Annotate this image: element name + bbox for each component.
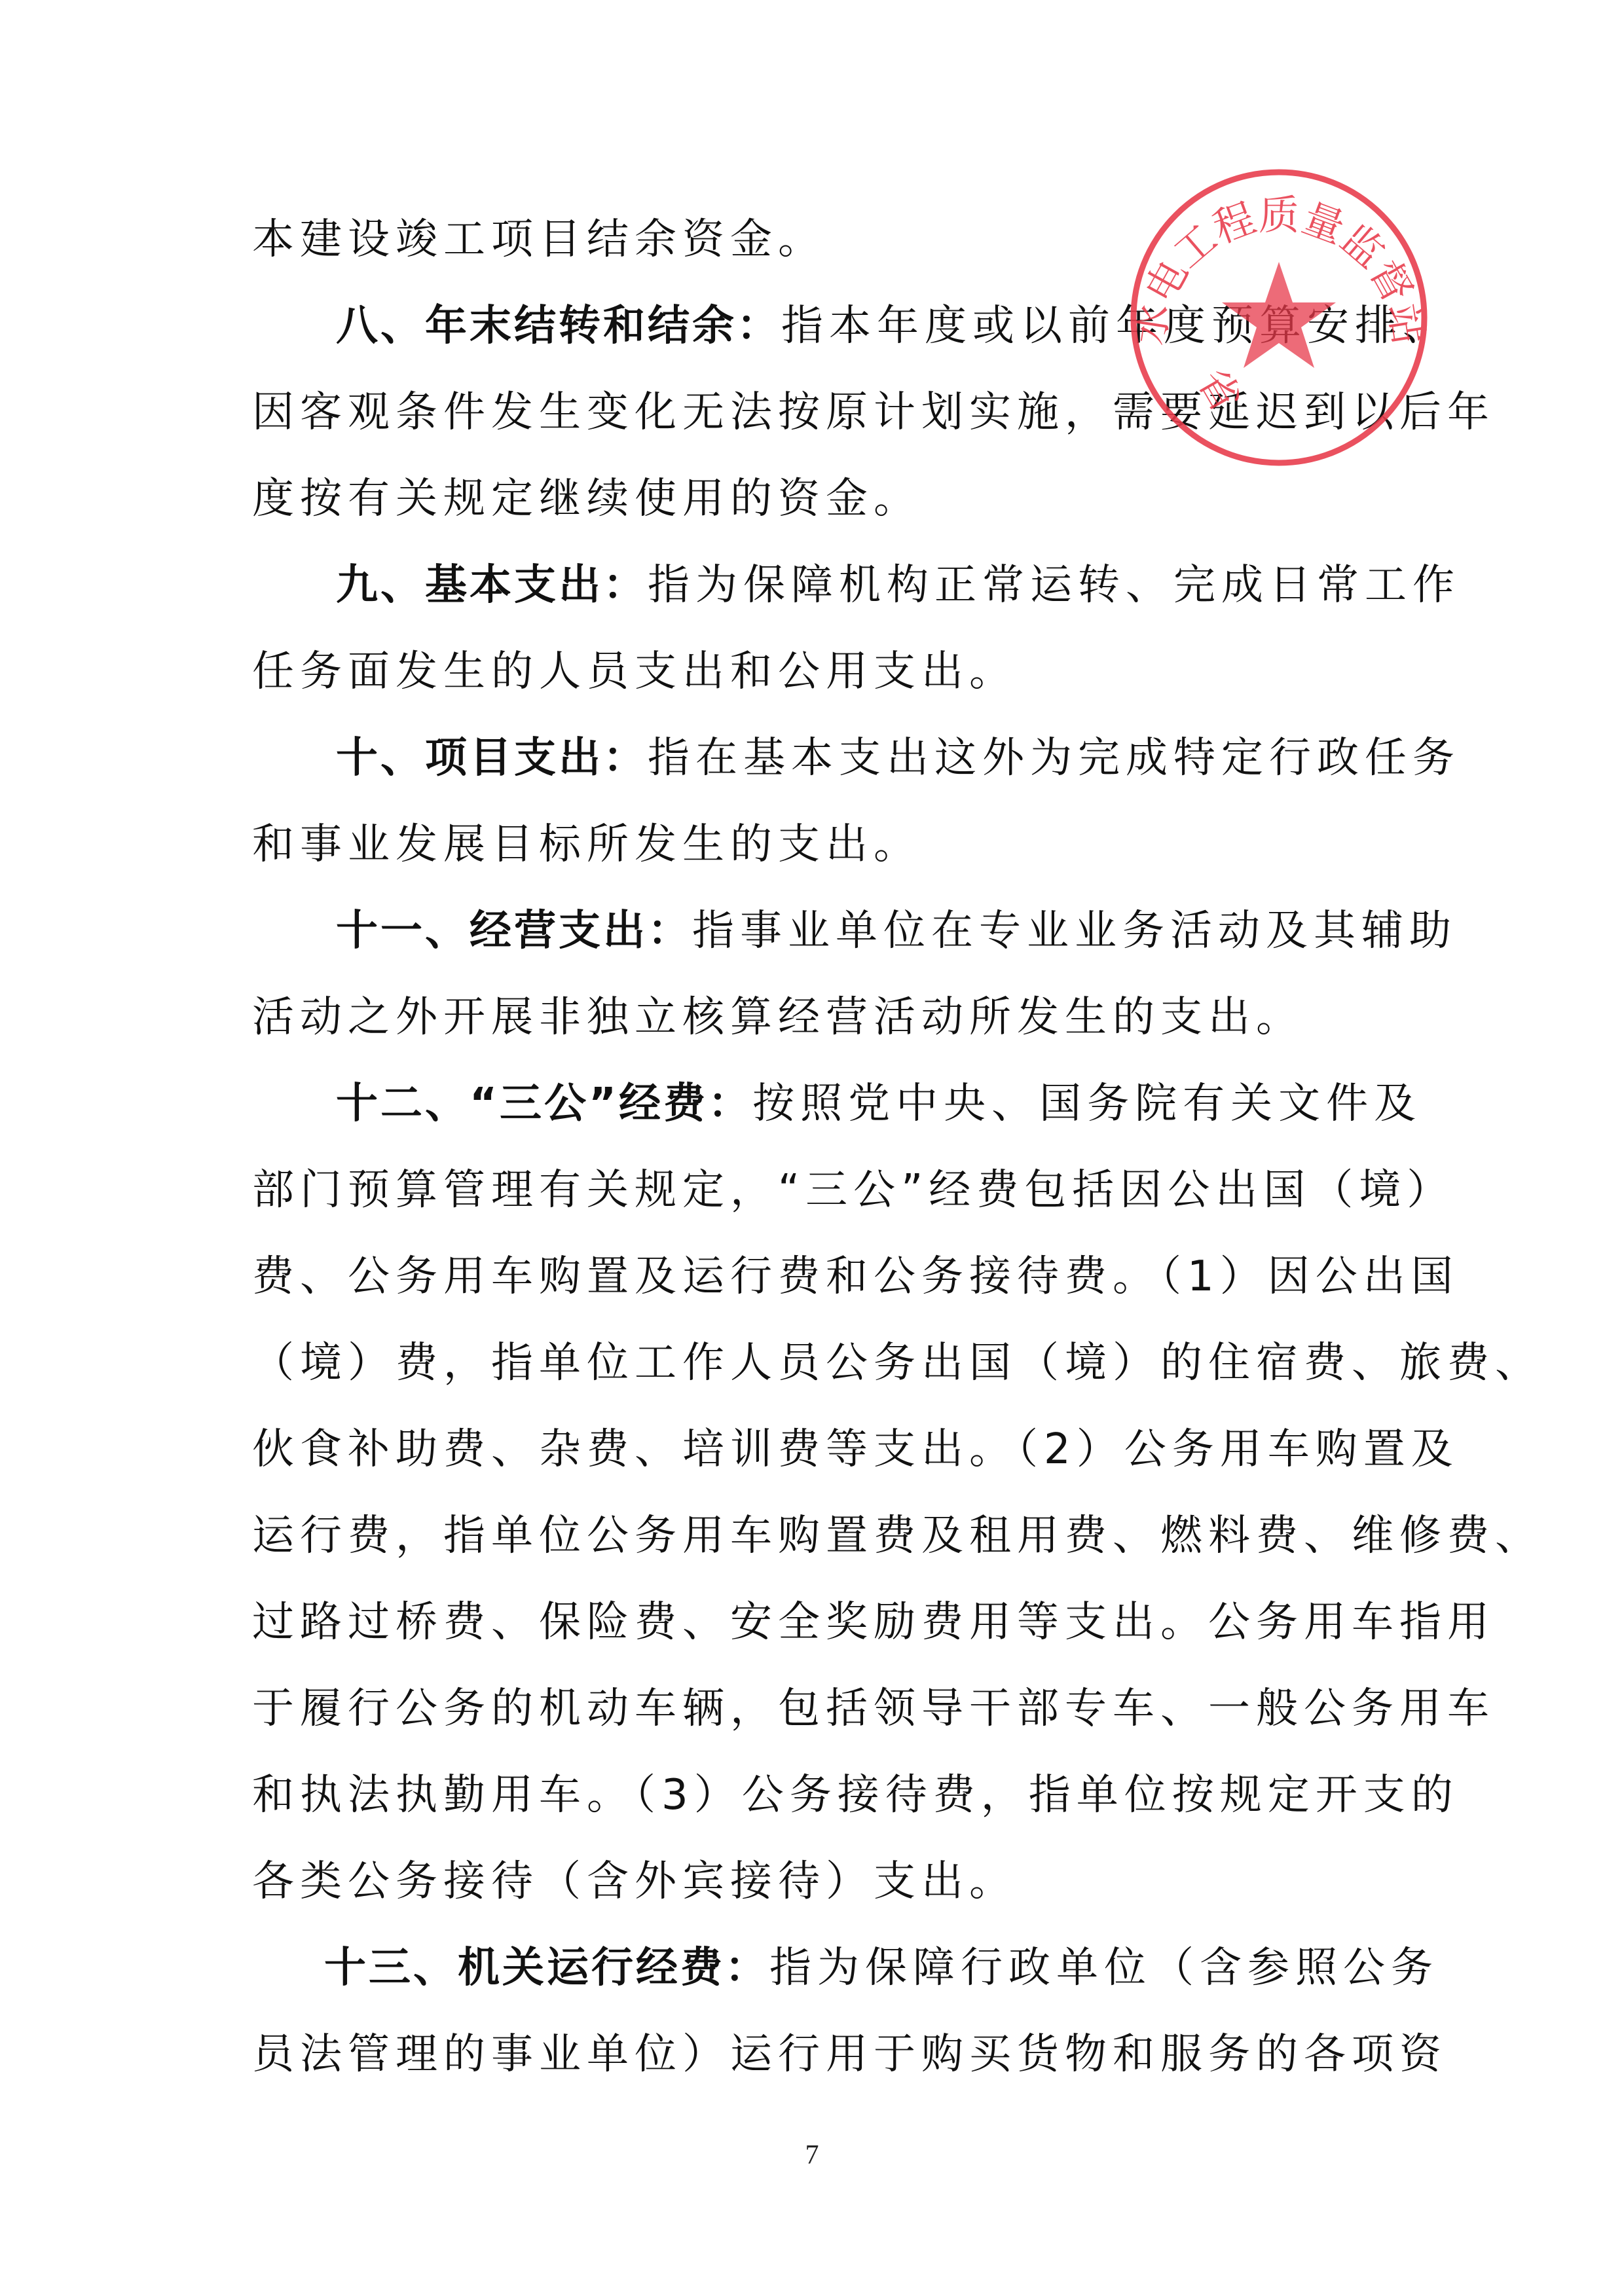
paragraph-line: 活动之外开展非独立核算经营活动所发生的支出。	[252, 974, 1378, 1061]
paragraph-line: 伙食补助费、杂费、培训费等支出。（2）公务用车购置及	[252, 1406, 1378, 1493]
body-text: 本建设竣工项目结余资金。 八、年末结转和结余：指本年度或以前年度预算安排、 因客…	[252, 196, 1378, 2098]
paragraph-line: 度按有关规定继续使用的资金。	[252, 456, 1378, 542]
text-line: 费、公务用车购置及运行费和公务接待费。（1）因公出国	[252, 1252, 1459, 1301]
paragraph-line: 部门预算管理有关规定，“三公”经费包括因公出国（境）	[252, 1147, 1378, 1233]
text-line: 部门预算管理有关规定，“三公”经费包括因公出国（境）	[252, 1166, 1454, 1214]
paragraph-9-heading-line: 九、基本支出：指为保障机构正常运转、完成日常工作	[252, 542, 1378, 629]
section-heading: 十三、机关运行经费：	[324, 1944, 769, 1992]
paragraph-line: 员法管理的事业单位）运行用于购买货物和服务的各项资	[252, 2011, 1378, 2098]
text-line: 指为保障行政单位（含参照公务	[769, 1944, 1439, 1992]
text-line: 指在基本支出这外为完成特定行政任务	[648, 734, 1460, 782]
paragraph-line: 因客观条件发生变化无法按原计划实施，需要延迟到以后年	[252, 369, 1378, 456]
paragraph-line: 于履行公务的机动车辆，包括领导干部专车、一般公务用车	[252, 1666, 1378, 1752]
text-line: 过路过桥费、保险费、安全奖励费用等支出。公务用车指用	[252, 1598, 1495, 1647]
text-line: 因客观条件发生变化无法按原计划实施，需要延迟到以后年	[252, 388, 1495, 437]
paragraph-line: 费、公务用车购置及运行费和公务接待费。（1）因公出国	[252, 1233, 1378, 1320]
text-line: （境）费，指单位工作人员公务出国（境）的住宿费、旅费、	[252, 1339, 1543, 1387]
text-line: 本建设竣工项目结余资金。	[252, 215, 826, 264]
text-line: 指为保障机构正常运转、完成日常工作	[648, 561, 1460, 610]
text-line: 于履行公务的机动车辆，包括领导干部专车、一般公务用车	[252, 1685, 1495, 1733]
paragraph-10-heading-line: 十、项目支出：指在基本支出这外为完成特定行政任务	[252, 715, 1378, 801]
paragraph-line: 和事业发展目标所发生的支出。	[252, 801, 1378, 888]
document-page: 本建设竣工项目结余资金。 八、年末结转和结余：指本年度或以前年度预算安排、 因客…	[0, 0, 1624, 2296]
section-heading: 十一、经营支出：	[336, 907, 692, 955]
paragraph-8-heading-line: 八、年末结转和结余：指本年度或以前年度预算安排、	[252, 283, 1378, 369]
paragraph-line: （境）费，指单位工作人员公务出国（境）的住宿费、旅费、	[252, 1320, 1378, 1406]
page-number: 7	[0, 2140, 1624, 2171]
text-line: 和执法执勤用车。（3）公务接待费，指单位按规定开支的	[252, 1771, 1459, 1819]
text-line: 和事业发展目标所发生的支出。	[252, 820, 921, 869]
paragraph-line: 各类公务接待（含外宾接待）支出。	[252, 1838, 1378, 1925]
section-heading: 八、年末结转和结余：	[336, 302, 781, 350]
text-line: 伙食补助费、杂费、培训费等支出。（2）公务用车购置及	[252, 1425, 1459, 1474]
text-line: 员法管理的事业单位）运行用于购买货物和服务的各项资	[252, 2030, 1447, 2079]
paragraph-line: 和执法执勤用车。（3）公务接待费，指单位按规定开支的	[252, 1752, 1378, 1838]
text-line: 任务面发生的人员支出和公用支出。	[252, 647, 1017, 696]
section-heading: 十二、“三公”经费：	[336, 1080, 752, 1128]
section-heading: 十、项目支出：	[336, 734, 648, 782]
paragraph-line: 运行费，指单位公务用车购置费及租用费、燃料费、维修费、	[252, 1493, 1378, 1579]
paragraph-line: 过路过桥费、保险费、安全奖励费用等支出。公务用车指用	[252, 1579, 1378, 1666]
paragraph-11-heading-line: 十一、经营支出：指事业单位在专业业务活动及其辅助	[252, 888, 1378, 974]
text-line: 各类公务接待（含外宾接待）支出。	[252, 1857, 1017, 1906]
text-line: 按照党中央、国务院有关文件及	[752, 1080, 1422, 1128]
section-heading: 九、基本支出：	[336, 561, 648, 610]
paragraph-13-heading-line: 十三、机关运行经费：指为保障行政单位（含参照公务	[252, 1925, 1378, 2011]
text-line: 活动之外开展非独立核算经营活动所发生的支出。	[252, 993, 1304, 1042]
text-line: 指本年度或以前年度预算安排、	[781, 302, 1450, 350]
text-line: 运行费，指单位公务用车购置费及租用费、燃料费、维修费、	[252, 1512, 1543, 1560]
text-line: 度按有关规定继续使用的资金。	[252, 475, 921, 523]
paragraph-12-heading-line: 十二、“三公”经费：按照党中央、国务院有关文件及	[252, 1061, 1378, 1147]
text-line: 指事业单位在专业业务活动及其辅助	[692, 907, 1457, 955]
paragraph-line: 本建设竣工项目结余资金。	[252, 196, 1378, 283]
paragraph-line: 任务面发生的人员支出和公用支出。	[252, 629, 1378, 715]
